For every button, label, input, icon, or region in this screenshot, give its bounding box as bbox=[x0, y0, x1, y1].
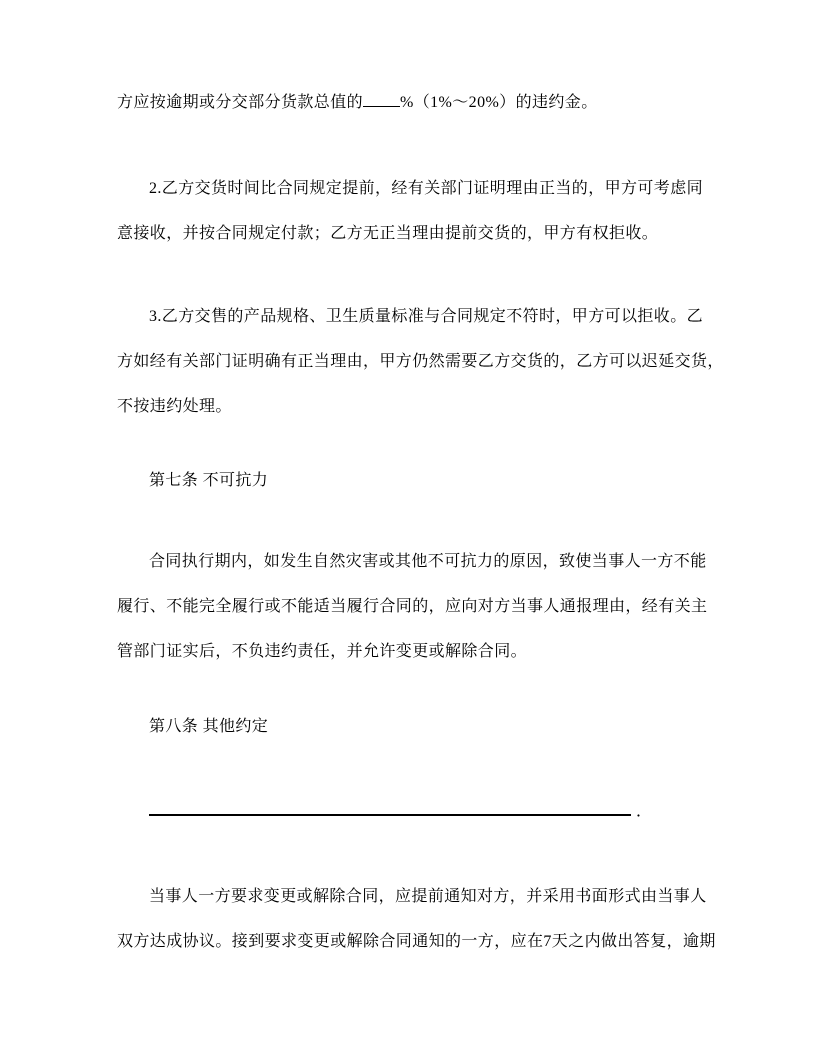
article-8-heading: 第八条 其他约定 bbox=[117, 704, 742, 749]
modify-clause-line-1: 当事人一方要求变更或解除合同，应提前通知对方，并采用书面形式由当事人 bbox=[117, 874, 742, 919]
article-7-line-1: 合同执行期内，如发生自然灾害或其他不可抗力的原因，致使当事人一方不能 bbox=[117, 539, 742, 584]
clause-3-line-2: 方如经有关部门证明确有正当理由，甲方仍然需要乙方交货的，乙方可以迟延交货， bbox=[117, 339, 742, 384]
article-7-body-paragraph: 合同执行期内，如发生自然灾害或其他不可抗力的原因，致使当事人一方不能 履行、不能… bbox=[117, 539, 742, 674]
article-8-fill-in-line: ． bbox=[117, 789, 742, 834]
document-page: 方应按逾期或分交部分货款总值的%（1%～20%）的违约金。 2.乙方交货时间比合… bbox=[0, 0, 816, 1056]
clause-2-line-1: 2.乙方交货时间比合同规定提前，经有关部门证明理由正当的，甲方可考虑同 bbox=[117, 166, 742, 211]
penalty-text-post: %（1%～20%）的违约金。 bbox=[400, 94, 598, 111]
modify-clause-line-2: 双方达成协议。接到要求变更或解除合同通知的一方，应在7天之内做出答复，逾期 bbox=[117, 919, 742, 964]
penalty-line: 方应按逾期或分交部分货款总值的%（1%～20%）的违约金。 bbox=[117, 80, 742, 125]
trailing-period: ． bbox=[636, 803, 652, 820]
clause-2-line-2: 意接收，并按合同规定付款；乙方无正当理由提前交货的，甲方有权拒收。 bbox=[117, 211, 742, 256]
modify-clause-paragraph: 当事人一方要求变更或解除合同，应提前通知对方，并采用书面形式由当事人 双方达成协… bbox=[117, 874, 742, 964]
article-7-heading-block: 第七条 不可抗力 bbox=[117, 458, 742, 503]
penalty-paragraph: 方应按逾期或分交部分货款总值的%（1%～20%）的违约金。 bbox=[117, 80, 742, 125]
article-8-fill-in-block: ． bbox=[117, 789, 742, 834]
other-terms-fill-in-blank bbox=[149, 800, 631, 816]
clause-2-paragraph: 2.乙方交货时间比合同规定提前，经有关部门证明理由正当的，甲方可考虑同 意接收，… bbox=[117, 166, 742, 256]
clause-3-line-3: 不按违约处理。 bbox=[117, 384, 742, 429]
article-7-heading: 第七条 不可抗力 bbox=[117, 458, 742, 503]
article-8-heading-block: 第八条 其他约定 bbox=[117, 704, 742, 749]
penalty-text-pre: 方应按逾期或分交部分货款总值的 bbox=[117, 94, 363, 111]
percentage-fill-in-blank bbox=[363, 94, 400, 107]
clause-3-line-1: 3.乙方交售的产品规格、卫生质量标准与合同规定不符时，甲方可以拒收。乙 bbox=[117, 294, 742, 339]
article-7-line-3: 管部门证实后，不负违约责任，并允许变更或解除合同。 bbox=[117, 629, 742, 674]
clause-3-paragraph: 3.乙方交售的产品规格、卫生质量标准与合同规定不符时，甲方可以拒收。乙 方如经有… bbox=[117, 294, 742, 429]
article-7-line-2: 履行、不能完全履行或不能适当履行合同的，应向对方当事人通报理由，经有关主 bbox=[117, 584, 742, 629]
